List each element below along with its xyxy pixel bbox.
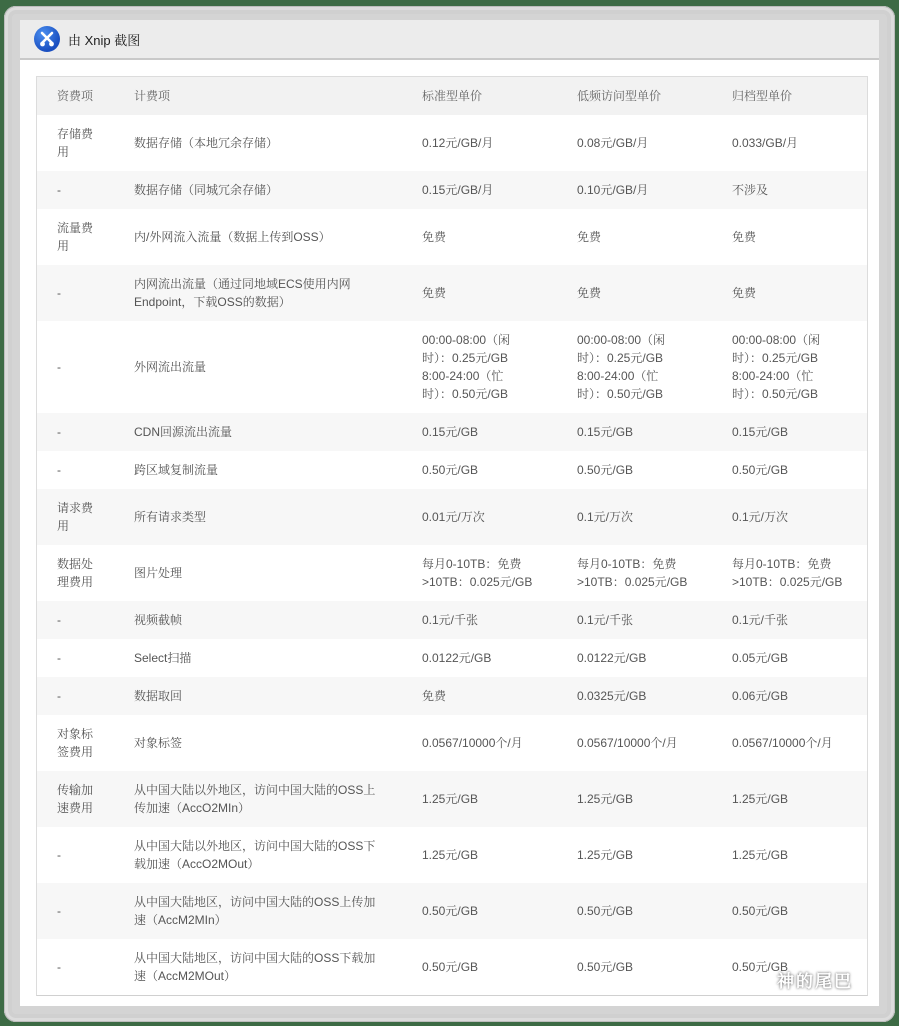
fee-type-cell-text: 传输加 速费用 (57, 781, 134, 817)
archive-price-cell-text: 0.1元/万次 (732, 508, 867, 526)
table-row: -数据取回免费0.0325元/GB0.06元/GB (37, 677, 867, 715)
window-title: 由 Xnip 截图 (68, 30, 140, 49)
billing-item-cell: 从中国大陆地区，访问中国大陆的OSS下载加 速（AccM2MOut） (134, 939, 422, 995)
billing-item-cell: 从中国大陆地区，访问中国大陆的OSS上传加 速（AccM2MIn） (134, 883, 422, 939)
billing-item-cell-text: 内/外网流入流量（数据上传到OSS） (134, 228, 422, 246)
table-row: 对象标 签费用对象标签0.0567/10000个/月0.0567/10000个/… (37, 715, 867, 771)
fee-type-cell-text: - (57, 181, 134, 199)
standard-price-cell-text: 1.25元/GB (422, 790, 577, 808)
fee-type-cell-text: - (57, 846, 134, 864)
standard-price-cell-text: 0.50元/GB (422, 902, 577, 920)
billing-item-cell-text: 外网流出流量 (134, 358, 422, 376)
infrequent-price-cell-text: 0.15元/GB (577, 423, 732, 441)
archive-price-cell-text: 免费 (732, 228, 867, 246)
archive-price-cell: 0.50元/GB (732, 883, 867, 939)
archive-price-cell-text: 不涉及 (732, 181, 867, 199)
billing-item-cell-text: Select扫描 (134, 649, 422, 667)
table-row: -视频截帧0.1元/千张0.1元/千张0.1元/千张 (37, 601, 867, 639)
fee-type-cell: - (37, 827, 134, 883)
billing-item-cell: 从中国大陆以外地区，访问中国大陆的OSS上 传加速（AccO2MIn） (134, 771, 422, 827)
standard-price-cell-text: 0.12元/GB/月 (422, 134, 577, 152)
table-row: -跨区域复制流量0.50元/GB0.50元/GB0.50元/GB (37, 451, 867, 489)
infrequent-price-cell-text: 0.50元/GB (577, 902, 732, 920)
header-infrequent-price: 低频访问型单价 (577, 77, 732, 115)
archive-price-cell-text: 00:00-08:00（闲 时）：0.25元/GB 8:00-24:00（忙 时… (732, 331, 867, 403)
archive-price-cell-text: 0.033/GB/月 (732, 134, 867, 152)
infrequent-price-cell: 免费 (577, 209, 732, 265)
infrequent-price-cell: 0.50元/GB (577, 883, 732, 939)
fee-type-cell: - (37, 601, 134, 639)
archive-price-cell: 0.1元/千张 (732, 601, 867, 639)
pricing-table-container: 资费项 计费项 标准型单价 低频访问型单价 归档型单价 存储费 用数据存储（本地… (36, 76, 868, 996)
fee-type-cell-text: 请求费 用 (57, 499, 134, 535)
archive-price-cell-text: 0.15元/GB (732, 423, 867, 441)
infrequent-price-cell-text: 0.1元/千张 (577, 611, 732, 629)
standard-price-cell: 1.25元/GB (422, 771, 577, 827)
billing-item-cell-text: 数据取回 (134, 687, 422, 705)
billing-item-cell-text: 数据存储（本地冗余存储） (134, 134, 422, 152)
fee-type-cell: 数据处 理费用 (37, 545, 134, 601)
table-header-row: 资费项 计费项 标准型单价 低频访问型单价 归档型单价 (37, 77, 867, 115)
header-standard-price: 标准型单价 (422, 77, 577, 115)
archive-price-cell-text: 0.06元/GB (732, 687, 867, 705)
billing-item-cell-text: CDN回源流出流量 (134, 423, 422, 441)
screenshot-window: 由 Xnip 截图 资费项 计费项 标准型单价 低频访问型单价 归档型单价 存储… (4, 6, 895, 1022)
pricing-table: 资费项 计费项 标准型单价 低频访问型单价 归档型单价 存储费 用数据存储（本地… (37, 77, 867, 995)
billing-item-cell: 数据存储（本地冗余存储） (134, 115, 422, 171)
billing-item-cell: 外网流出流量 (134, 321, 422, 413)
fee-type-cell: 请求费 用 (37, 489, 134, 545)
archive-price-cell-text: 1.25元/GB (732, 790, 867, 808)
standard-price-cell-text: 0.01元/万次 (422, 508, 577, 526)
standard-price-cell: 免费 (422, 209, 577, 265)
table-row: 数据处 理费用图片处理每月0-10TB：免费 >10TB：0.025元/GB每月… (37, 545, 867, 601)
standard-price-cell-text: 0.0567/10000个/月 (422, 734, 577, 752)
infrequent-price-cell-text: 0.0325元/GB (577, 687, 732, 705)
header-billing-item: 计费项 (134, 77, 422, 115)
infrequent-price-cell-text: 免费 (577, 284, 732, 302)
fee-type-cell: - (37, 883, 134, 939)
fee-type-cell: 传输加 速费用 (37, 771, 134, 827)
table-row: 传输加 速费用从中国大陆以外地区，访问中国大陆的OSS上 传加速（AccO2MI… (37, 771, 867, 827)
infrequent-price-cell-text: 0.10元/GB/月 (577, 181, 732, 199)
infrequent-price-cell: 00:00-08:00（闲 时）：0.25元/GB 8:00-24:00（忙 时… (577, 321, 732, 413)
table-row: -Select扫描0.0122元/GB0.0122元/GB0.05元/GB (37, 639, 867, 677)
billing-item-cell: 从中国大陆以外地区，访问中国大陆的OSS下 载加速（AccO2MOut） (134, 827, 422, 883)
billing-item-cell: 图片处理 (134, 545, 422, 601)
standard-price-cell: 0.01元/万次 (422, 489, 577, 545)
fee-type-cell-text: - (57, 687, 134, 705)
standard-price-cell-text: 0.1元/千张 (422, 611, 577, 629)
standard-price-cell: 0.1元/千张 (422, 601, 577, 639)
archive-price-cell: 00:00-08:00（闲 时）：0.25元/GB 8:00-24:00（忙 时… (732, 321, 867, 413)
fee-type-cell-text: 对象标 签费用 (57, 725, 134, 761)
infrequent-price-cell: 0.50元/GB (577, 939, 732, 995)
fee-type-cell: 流量费 用 (37, 209, 134, 265)
archive-price-cell: 0.05元/GB (732, 639, 867, 677)
fee-type-cell: - (37, 265, 134, 321)
archive-price-cell: 0.06元/GB (732, 677, 867, 715)
standard-price-cell: 0.12元/GB/月 (422, 115, 577, 171)
standard-price-cell-text: 00:00-08:00（闲 时）：0.25元/GB 8:00-24:00（忙 时… (422, 331, 577, 403)
billing-item-cell: 视频截帧 (134, 601, 422, 639)
standard-price-cell-text: 每月0-10TB：免费 >10TB：0.025元/GB (422, 555, 577, 591)
archive-price-cell: 免费 (732, 209, 867, 265)
infrequent-price-cell: 0.15元/GB (577, 413, 732, 451)
archive-price-cell: 不涉及 (732, 171, 867, 209)
table-row: 流量费 用内/外网流入流量（数据上传到OSS）免费免费免费 (37, 209, 867, 265)
table-row: -从中国大陆地区，访问中国大陆的OSS下载加 速（AccM2MOut）0.50元… (37, 939, 867, 995)
billing-item-cell-text: 内网流出流量（通过同地域ECS使用内网 Endpoint，下载OSS的数据） (134, 275, 422, 311)
infrequent-price-cell-text: 0.50元/GB (577, 461, 732, 479)
archive-price-cell-text: 免费 (732, 284, 867, 302)
archive-price-cell: 免费 (732, 265, 867, 321)
standard-price-cell: 0.50元/GB (422, 939, 577, 995)
archive-price-cell-text: 0.0567/10000个/月 (732, 734, 867, 752)
standard-price-cell-text: 免费 (422, 687, 577, 705)
infrequent-price-cell: 0.0567/10000个/月 (577, 715, 732, 771)
archive-price-cell-text: 0.05元/GB (732, 649, 867, 667)
infrequent-price-cell-text: 1.25元/GB (577, 846, 732, 864)
fee-type-cell-text: - (57, 958, 134, 976)
archive-price-cell-text: 0.1元/千张 (732, 611, 867, 629)
billing-item-cell-text: 视频截帧 (134, 611, 422, 629)
infrequent-price-cell-text: 0.08元/GB/月 (577, 134, 732, 152)
billing-item-cell-text: 对象标签 (134, 734, 422, 752)
billing-item-cell: 对象标签 (134, 715, 422, 771)
billing-item-cell-text: 数据存储（同城冗余存储） (134, 181, 422, 199)
billing-item-cell: 跨区域复制流量 (134, 451, 422, 489)
archive-price-cell: 0.033/GB/月 (732, 115, 867, 171)
infrequent-price-cell-text: 0.50元/GB (577, 958, 732, 976)
billing-item-cell-text: 从中国大陆以外地区，访问中国大陆的OSS下 载加速（AccO2MOut） (134, 837, 422, 873)
infrequent-price-cell-text: 0.1元/万次 (577, 508, 732, 526)
billing-item-cell-text: 从中国大陆地区，访问中国大陆的OSS上传加 速（AccM2MIn） (134, 893, 422, 929)
infrequent-price-cell: 0.08元/GB/月 (577, 115, 732, 171)
standard-price-cell-text: 0.50元/GB (422, 461, 577, 479)
fee-type-cell-text: 存储费 用 (57, 125, 134, 161)
infrequent-price-cell-text: 免费 (577, 228, 732, 246)
archive-price-cell-text: 1.25元/GB (732, 846, 867, 864)
infrequent-price-cell: 0.10元/GB/月 (577, 171, 732, 209)
fee-type-cell-text: - (57, 611, 134, 629)
fee-type-cell: - (37, 639, 134, 677)
standard-price-cell-text: 0.15元/GB (422, 423, 577, 441)
table-row: -从中国大陆以外地区，访问中国大陆的OSS下 载加速（AccO2MOut）1.2… (37, 827, 867, 883)
billing-item-cell: 内/外网流入流量（数据上传到OSS） (134, 209, 422, 265)
infrequent-price-cell: 每月0-10TB：免费 >10TB：0.025元/GB (577, 545, 732, 601)
header-fee-type: 资费项 (37, 77, 134, 115)
archive-price-cell-text: 每月0-10TB：免费 >10TB：0.025元/GB (732, 555, 867, 591)
infrequent-price-cell: 免费 (577, 265, 732, 321)
infrequent-price-cell-text: 每月0-10TB：免费 >10TB：0.025元/GB (577, 555, 732, 591)
billing-item-cell-text: 从中国大陆地区，访问中国大陆的OSS下载加 速（AccM2MOut） (134, 949, 422, 985)
infrequent-price-cell: 1.25元/GB (577, 771, 732, 827)
header-archive-price: 归档型单价 (732, 77, 867, 115)
infrequent-price-cell-text: 00:00-08:00（闲 时）：0.25元/GB 8:00-24:00（忙 时… (577, 331, 732, 403)
archive-price-cell: 0.50元/GB (732, 451, 867, 489)
fee-type-cell: - (37, 413, 134, 451)
archive-price-cell-text: 0.50元/GB (732, 461, 867, 479)
billing-item-cell: 内网流出流量（通过同地域ECS使用内网 Endpoint，下载OSS的数据） (134, 265, 422, 321)
table-row: -数据存储（同城冗余存储）0.15元/GB/月0.10元/GB/月不涉及 (37, 171, 867, 209)
fee-type-cell-text: - (57, 902, 134, 920)
table-row: -外网流出流量00:00-08:00（闲 时）：0.25元/GB 8:00-24… (37, 321, 867, 413)
billing-item-cell: Select扫描 (134, 639, 422, 677)
xnip-scissors-icon (34, 26, 60, 52)
standard-price-cell: 免费 (422, 265, 577, 321)
fee-type-cell: - (37, 451, 134, 489)
billing-item-cell-text: 跨区域复制流量 (134, 461, 422, 479)
table-row: 存储费 用数据存储（本地冗余存储）0.12元/GB/月0.08元/GB/月0.0… (37, 115, 867, 171)
standard-price-cell: 每月0-10TB：免费 >10TB：0.025元/GB (422, 545, 577, 601)
standard-price-cell: 免费 (422, 677, 577, 715)
fee-type-cell-text: - (57, 358, 134, 376)
infrequent-price-cell-text: 0.0122元/GB (577, 649, 732, 667)
billing-item-cell: CDN回源流出流量 (134, 413, 422, 451)
archive-price-cell: 1.25元/GB (732, 771, 867, 827)
infrequent-price-cell: 0.0325元/GB (577, 677, 732, 715)
fee-type-cell: - (37, 677, 134, 715)
standard-price-cell: 1.25元/GB (422, 827, 577, 883)
infrequent-price-cell: 0.1元/万次 (577, 489, 732, 545)
fee-type-cell: - (37, 321, 134, 413)
standard-price-cell-text: 免费 (422, 228, 577, 246)
fee-type-cell-text: 流量费 用 (57, 219, 134, 255)
billing-item-cell-text: 所有请求类型 (134, 508, 422, 526)
table-row: -内网流出流量（通过同地域ECS使用内网 Endpoint，下载OSS的数据）免… (37, 265, 867, 321)
content-area: 资费项 计费项 标准型单价 低频访问型单价 归档型单价 存储费 用数据存储（本地… (20, 60, 879, 1006)
fee-type-cell-text: - (57, 284, 134, 302)
fee-type-cell-text: - (57, 461, 134, 479)
archive-price-cell: 1.25元/GB (732, 827, 867, 883)
standard-price-cell: 0.15元/GB (422, 413, 577, 451)
standard-price-cell: 0.0122元/GB (422, 639, 577, 677)
watermark: 神的尾巴 (777, 967, 853, 992)
fee-type-cell: 对象标 签费用 (37, 715, 134, 771)
billing-item-cell: 数据存储（同城冗余存储） (134, 171, 422, 209)
infrequent-price-cell: 0.0122元/GB (577, 639, 732, 677)
standard-price-cell-text: 0.0122元/GB (422, 649, 577, 667)
table-row: -CDN回源流出流量0.15元/GB0.15元/GB0.15元/GB (37, 413, 867, 451)
standard-price-cell-text: 0.50元/GB (422, 958, 577, 976)
table-row: 请求费 用所有请求类型0.01元/万次0.1元/万次0.1元/万次 (37, 489, 867, 545)
infrequent-price-cell-text: 1.25元/GB (577, 790, 732, 808)
table-row: -从中国大陆地区，访问中国大陆的OSS上传加 速（AccM2MIn）0.50元/… (37, 883, 867, 939)
standard-price-cell-text: 免费 (422, 284, 577, 302)
billing-item-cell-text: 从中国大陆以外地区，访问中国大陆的OSS上 传加速（AccO2MIn） (134, 781, 422, 817)
standard-price-cell: 0.50元/GB (422, 451, 577, 489)
billing-item-cell: 数据取回 (134, 677, 422, 715)
fee-type-cell-text: - (57, 649, 134, 667)
fee-type-cell: - (37, 171, 134, 209)
standard-price-cell: 0.50元/GB (422, 883, 577, 939)
standard-price-cell: 0.15元/GB/月 (422, 171, 577, 209)
infrequent-price-cell: 0.1元/千张 (577, 601, 732, 639)
fee-type-cell-text: - (57, 423, 134, 441)
billing-item-cell: 所有请求类型 (134, 489, 422, 545)
infrequent-price-cell: 1.25元/GB (577, 827, 732, 883)
fee-type-cell-text: 数据处 理费用 (57, 555, 134, 591)
fee-type-cell: - (37, 939, 134, 995)
infrequent-price-cell-text: 0.0567/10000个/月 (577, 734, 732, 752)
billing-item-cell-text: 图片处理 (134, 564, 422, 582)
title-bar: 由 Xnip 截图 (20, 20, 879, 60)
standard-price-cell-text: 1.25元/GB (422, 846, 577, 864)
standard-price-cell-text: 0.15元/GB/月 (422, 181, 577, 199)
fee-type-cell: 存储费 用 (37, 115, 134, 171)
archive-price-cell: 0.15元/GB (732, 413, 867, 451)
standard-price-cell: 0.0567/10000个/月 (422, 715, 577, 771)
infrequent-price-cell: 0.50元/GB (577, 451, 732, 489)
archive-price-cell: 0.1元/万次 (732, 489, 867, 545)
archive-price-cell: 每月0-10TB：免费 >10TB：0.025元/GB (732, 545, 867, 601)
archive-price-cell: 0.0567/10000个/月 (732, 715, 867, 771)
standard-price-cell: 00:00-08:00（闲 时）：0.25元/GB 8:00-24:00（忙 时… (422, 321, 577, 413)
archive-price-cell-text: 0.50元/GB (732, 902, 867, 920)
